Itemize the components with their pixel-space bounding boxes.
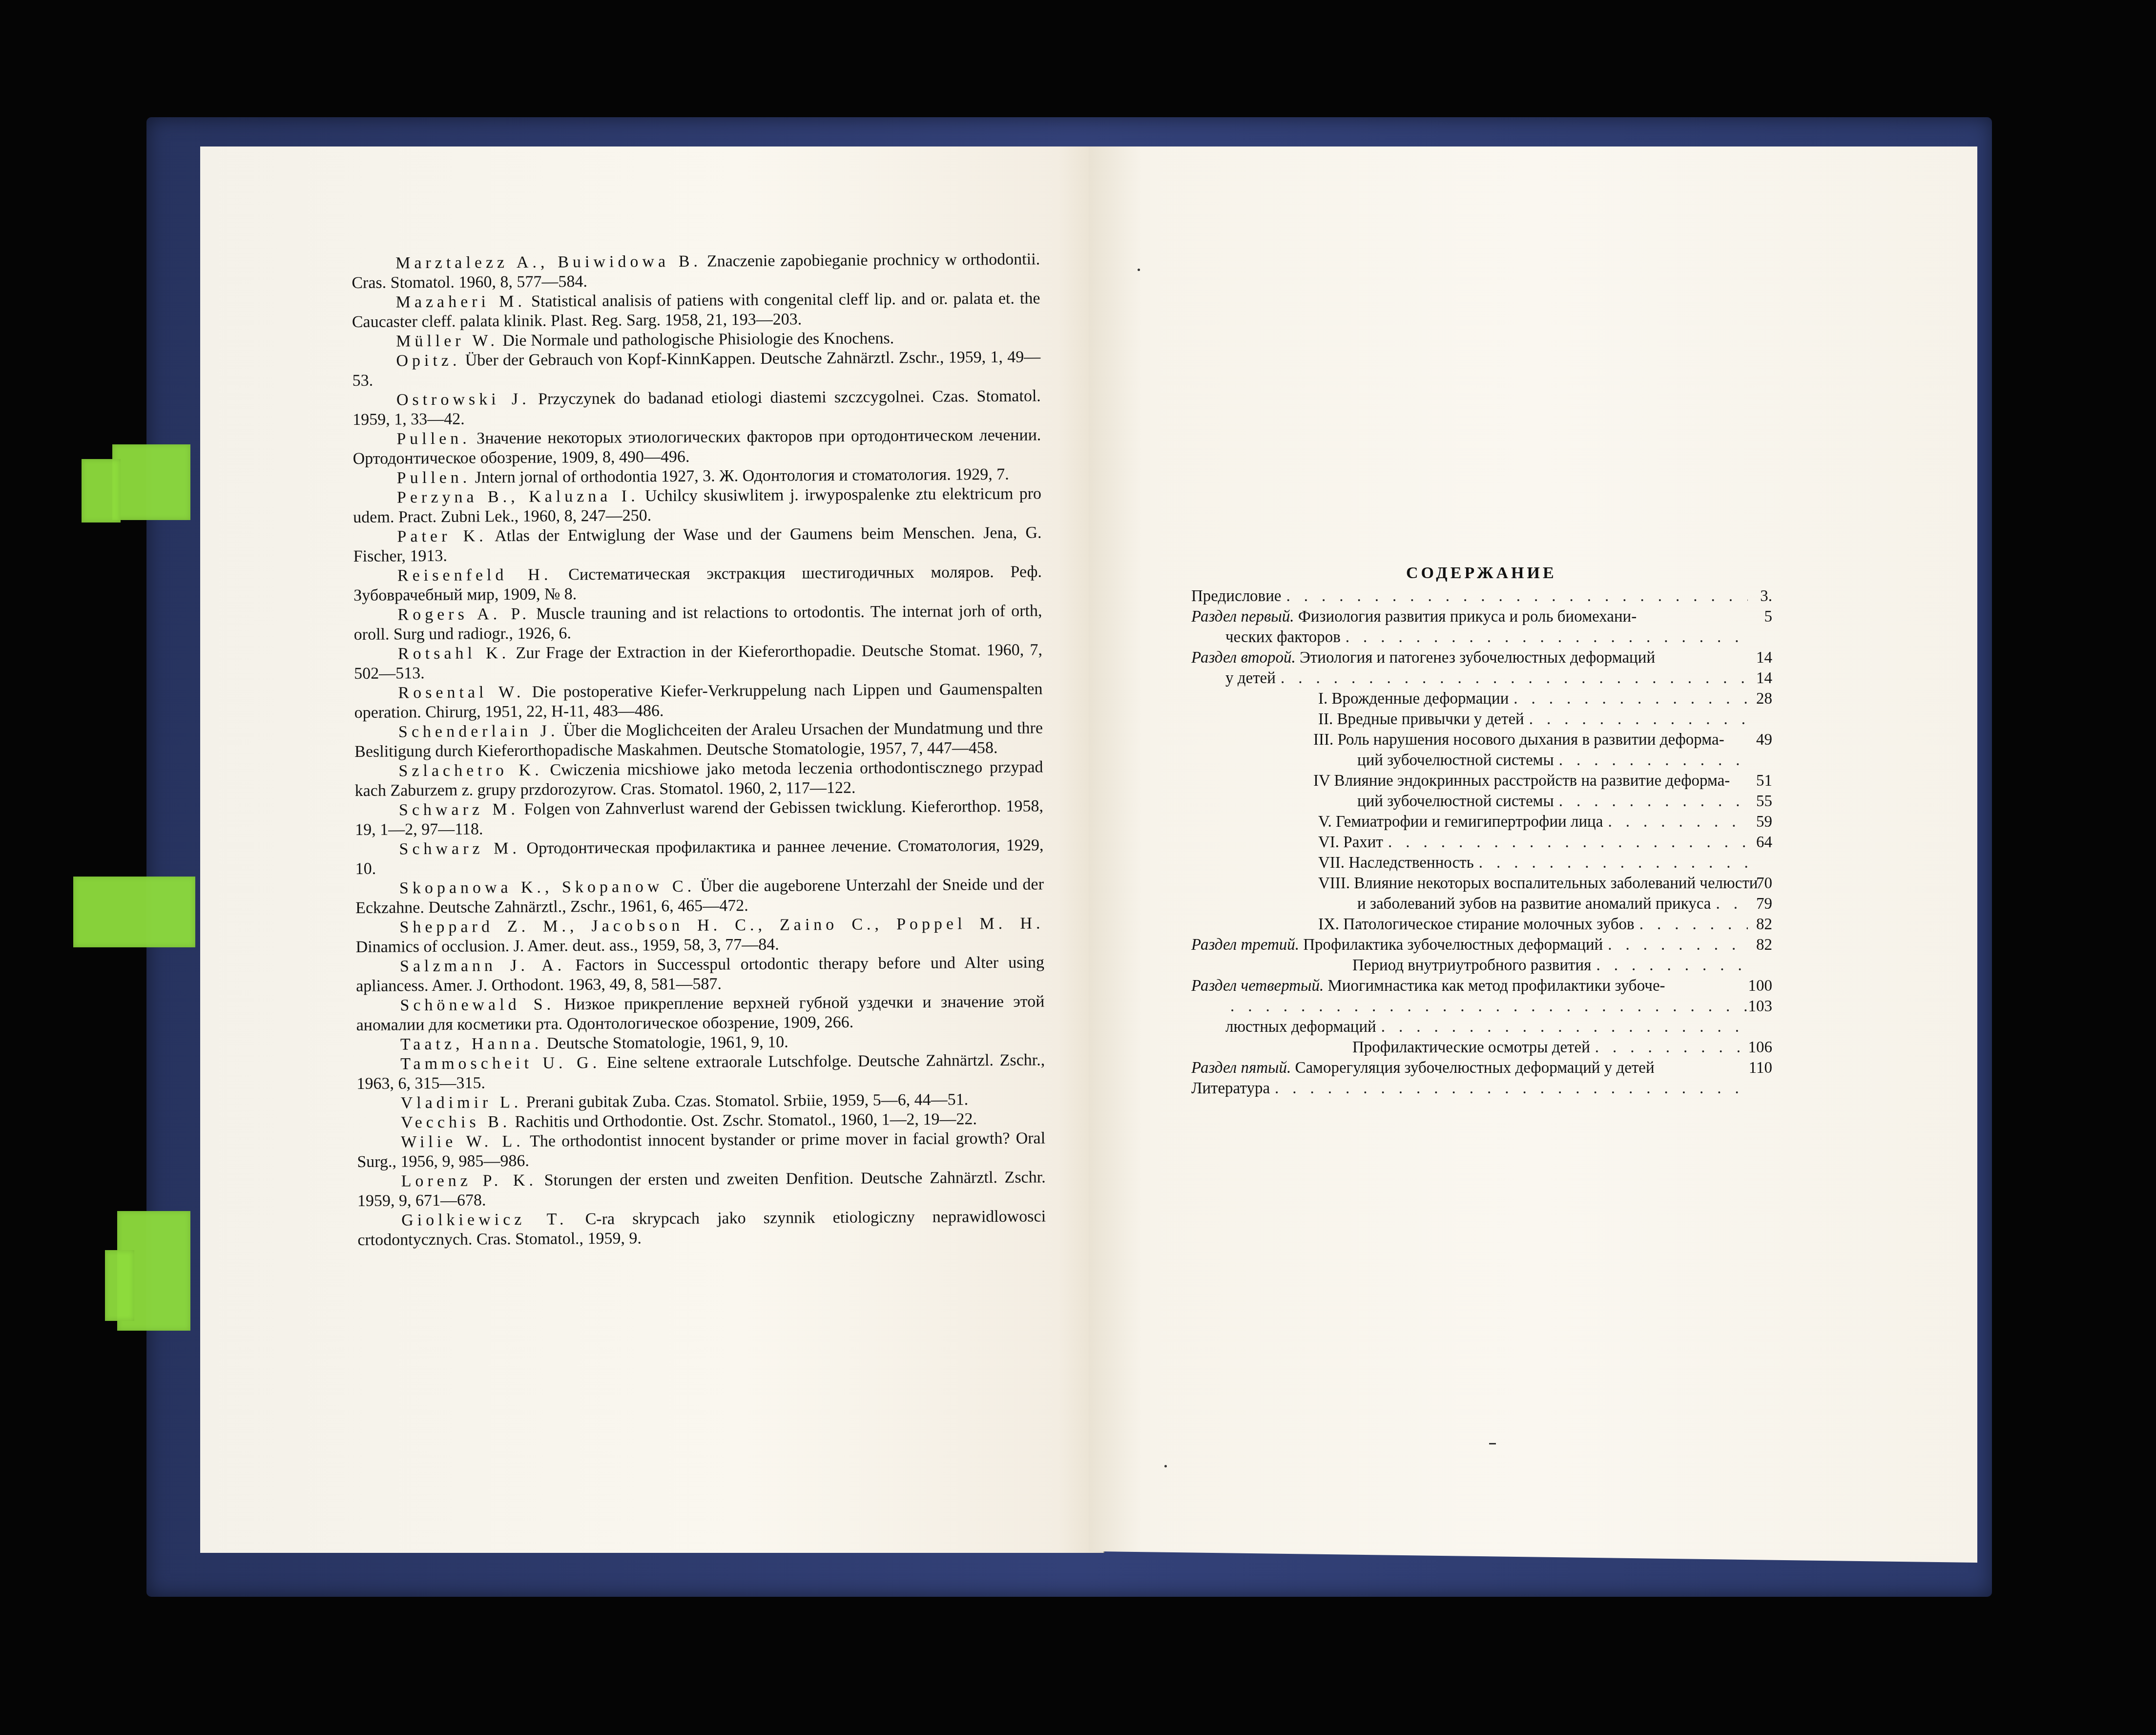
toc-leader-dots: .................................. — [1608, 812, 1748, 832]
toc-entry-text: Раздел пятый. Саморегуляция зубочелюстны… — [1191, 1058, 1655, 1078]
toc-entry[interactable]: IX. Патологическое стирание молочных зуб… — [1191, 914, 1753, 935]
paper-speck — [1164, 1465, 1167, 1467]
reference-item: Skopanowa K., Skopanow C. Über die augeb… — [355, 875, 1044, 918]
toc-entry[interactable]: Профилактические осмотры детей..........… — [1191, 1037, 1753, 1058]
toc-entry-label: VIII. Влияние некоторых воспалительных з… — [1318, 875, 1758, 892]
toc-page-number: 14 — [1733, 648, 1772, 668]
toc-title: СОДЕРЖАНИЕ — [1406, 564, 1557, 583]
toc-entry-label: I. Врожденные деформации — [1318, 690, 1509, 708]
toc-entry-lead: Раздел четвертый. — [1191, 977, 1324, 995]
toc-entry-label: и заболеваний зубов на развитие аномалий… — [1357, 895, 1711, 913]
toc-entry[interactable]: ций зубочелюстной системы...............… — [1191, 750, 1753, 771]
toc-leader-dots: .................................. — [1479, 853, 1748, 873]
toc-entry[interactable]: Литература..............................… — [1191, 1078, 1753, 1099]
toc-page-number: 51 — [1733, 771, 1772, 791]
reference-item: Opitz. Über der Gebrauch von Kopf-KinnKa… — [352, 347, 1040, 391]
toc-entry[interactable]: I. Врожденные деформации................… — [1191, 689, 1753, 709]
reference-item: Pater K. Atlas der Entwiglung der Wase u… — [353, 523, 1041, 566]
reference-item: Giolkiewicz T. C-ra skrypcach jako szynn… — [357, 1207, 1046, 1250]
toc-entry-label: IV Влияние эндокринных расстройств на ра… — [1313, 772, 1730, 790]
bookmark-tab-upper[interactable] — [112, 444, 190, 520]
toc-entry-lead: Раздел третий. — [1191, 936, 1299, 954]
toc-entry-label: Профилактические осмотры детей — [1352, 1039, 1590, 1056]
toc-entry-label: III. Роль нарушения носового дыхания в р… — [1313, 731, 1724, 749]
reference-item: Reisenfeld H. Систематическая экстракция… — [353, 562, 1042, 606]
toc-entry[interactable]: IV Влияние эндокринных расстройств на ра… — [1191, 771, 1753, 791]
toc-entry-label: Литература — [1191, 1080, 1270, 1097]
toc-entry-text: IX. Патологическое стирание молочных зуб… — [1318, 914, 1635, 935]
toc-entry-label: ций зубочелюстной системы — [1357, 793, 1554, 810]
reference-item: Salzmann J. A. Factors in Successpul ort… — [356, 953, 1044, 996]
toc-entry-text: ций зубочелюстной системы — [1357, 791, 1554, 812]
toc-leader-dots: .................................. — [1381, 1017, 1748, 1037]
toc-entry-label: Физиология развития прикуса и роль биоме… — [1294, 608, 1637, 626]
toc-leader-dots: .................................. — [1388, 832, 1748, 853]
toc-entry-text: VII. Наследственность — [1318, 853, 1474, 873]
reference-item: Sheppard Z. M., Jacobson H. C., Zaino C.… — [355, 914, 1044, 957]
toc-page-number: 55 — [1733, 791, 1772, 812]
toc-entry-text: Раздел четвертый. Миогимнастика как мето… — [1191, 976, 1665, 996]
reference-item: Rosental W. Die postoperative Kiefer-Ver… — [354, 679, 1042, 723]
toc-entry[interactable]: Раздел второй. Этиология и патогенез зуб… — [1191, 648, 1753, 668]
toc-page-number: 103 — [1733, 996, 1772, 1017]
toc-leader-dots: .................................. — [1559, 791, 1748, 812]
toc-entry-text: Период внутриутробного развития — [1352, 955, 1591, 976]
toc-entry-label: Саморегуляция зубочелюстных деформаций у… — [1291, 1059, 1654, 1077]
toc-leader-dots: .................................. — [1230, 996, 1748, 1017]
reference-item: Rogers A. P. Muscle trauning and ist rel… — [353, 601, 1042, 645]
reference-item: Schenderlain J. Über die Moglichceiten d… — [354, 718, 1043, 762]
toc-entry[interactable]: и заболеваний зубов на развитие аномалий… — [1191, 894, 1753, 914]
toc-entry-label: VI. Рахит — [1318, 834, 1383, 851]
toc-entry-text: люстных деформаций — [1225, 1017, 1376, 1037]
toc-entry[interactable]: ческих факторов.........................… — [1191, 627, 1753, 648]
toc-entry-text: II. Вредные привычки у детей — [1318, 709, 1524, 730]
reference-item: Perzyna B., Kaluzna I. Uchilcy skusiwlit… — [353, 484, 1041, 527]
toc-page-number: 59 — [1733, 812, 1772, 832]
toc-entry[interactable]: Период внутриутробного развития.........… — [1191, 955, 1753, 976]
reference-author: Mazaheri M. — [395, 293, 525, 312]
reference-author: Opitz. — [396, 352, 460, 370]
toc-leader-dots: .................................. — [1595, 1037, 1748, 1058]
toc-page-number: 28 — [1733, 689, 1772, 709]
toc-leader-dots: .................................. — [1346, 627, 1748, 648]
reference-item: Ostrowski J. Przyczynek do badanad etiol… — [352, 386, 1041, 430]
toc-entry[interactable]: VII. Наследственность...................… — [1191, 853, 1753, 873]
toc-entry-text: III. Роль нарушения носового дыхания в р… — [1313, 730, 1724, 750]
toc-entry-label: V. Гемиатрофии и гемигипертрофии лица — [1318, 813, 1603, 831]
reference-author: Pater K. — [397, 527, 487, 545]
paper-speck — [1138, 269, 1140, 271]
toc-entry-text: IV Влияние эндокринных расстройств на ра… — [1313, 771, 1730, 791]
reference-author: Skopanowa K., Skopanow C. — [399, 878, 695, 898]
toc-entry-text: I. Врожденные деформации — [1318, 689, 1509, 709]
toc-entry-text: Раздел второй. Этиология и патогенез зуб… — [1191, 648, 1655, 668]
toc-entry[interactable]: Раздел пятый. Саморегуляция зубочелюстны… — [1191, 1058, 1753, 1078]
toc-entry-label: Профилактика зубочелюстных деформаций — [1299, 936, 1603, 954]
toc-entry-text: ческих факторов — [1225, 627, 1341, 648]
toc-page-number: 79 — [1733, 894, 1772, 914]
toc-entry-lead: Раздел пятый. — [1191, 1059, 1291, 1077]
toc-leader-dots: .................................. — [1608, 935, 1748, 955]
toc-leader-dots: .................................. — [1275, 1078, 1748, 1099]
reference-author: Perzyna B., Kaluzna I. — [397, 487, 639, 506]
toc-entry[interactable]: Предисловие.............................… — [1191, 586, 1753, 606]
paper-speck — [1489, 1443, 1496, 1444]
reference-text: Die Normale und pathologische Phisiologi… — [498, 329, 894, 350]
toc-entry[interactable]: Раздел третий. Профилактика зубочелюстны… — [1191, 935, 1753, 955]
reference-author: Vecchis B. — [401, 1113, 511, 1131]
toc-entry-text: Раздел третий. Профилактика зубочелюстны… — [1191, 935, 1603, 955]
toc-page-number: 5 — [1733, 606, 1772, 627]
reference-author: Pullen. — [396, 430, 471, 448]
reference-author: Salzmann J. A. — [400, 956, 566, 975]
toc-leader-dots: .................................. — [1596, 955, 1748, 976]
toc-page-number: 14 — [1733, 668, 1772, 689]
table-of-contents: 3. Предисловие..........................… — [1191, 586, 1753, 1099]
toc-entry-text: VIII. Влияние некоторых воспалительных з… — [1318, 873, 1758, 894]
reference-text: Prerani gubitak Zuba. Czas. Stomatol. Sr… — [522, 1090, 968, 1111]
reference-item: Lorenz P. K. Storungen der ersten und zw… — [357, 1168, 1045, 1211]
reference-text: Dinamics of occlusion. J. Amer. deut. as… — [356, 936, 779, 956]
bibliography: Marztalezz A., Buiwidowa B. Znaczenie za… — [352, 250, 1046, 1250]
toc-entry-lead: Раздел второй. — [1191, 649, 1296, 667]
reference-item: Schwarz M. Folgen von Zahnverlust warend… — [355, 796, 1043, 840]
toc-entry[interactable]: VI. Рахит...............................… — [1191, 832, 1753, 853]
reference-text: Rachitis und Orthodontie. Ost. Zschr. St… — [511, 1110, 977, 1131]
reference-item: Wilie W. L. The orthodontist innocent by… — [357, 1129, 1045, 1172]
toc-entry[interactable]: у детей.................................… — [1191, 668, 1753, 689]
toc-entry-text: у детей — [1225, 668, 1276, 689]
toc-leader-dots: .................................. — [1286, 586, 1748, 606]
toc-entry-text: Литература — [1191, 1078, 1270, 1099]
reference-item: Szlachetro K. Cwiczenia micshiowe jako m… — [354, 757, 1043, 801]
toc-entry-text: V. Гемиатрофии и гемигипертрофии лица — [1318, 812, 1603, 832]
toc-entry-label: VII. Наследственность — [1318, 854, 1474, 872]
toc-leader-dots: .................................. — [1513, 689, 1748, 709]
reference-author: Marztalezz A., Buiwidowa B. — [395, 252, 702, 272]
toc-entry[interactable]: люстных деформаций......................… — [1191, 1017, 1753, 1037]
toc-entry-label: Предисловие — [1191, 587, 1282, 605]
reference-author: Sheppard Z. M., Jacobson H. C., Zaino C.… — [399, 914, 1044, 936]
toc-entry-text: VI. Рахит — [1318, 832, 1383, 853]
reference-author: Rotsahl K. — [398, 644, 510, 663]
toc-entry-label: Этиология и патогенез зубочелюстных дефо… — [1296, 649, 1655, 667]
reference-author: Rosental W. — [398, 683, 524, 702]
toc-entry-text: Раздел первый. Физиология развития прику… — [1191, 606, 1637, 627]
reference-author: Szlachetro K. — [398, 761, 543, 780]
reference-item: Tammoscheit U. G. Eine seltene extraoral… — [356, 1050, 1045, 1094]
reference-item: Marztalezz A., Buiwidowa B. Znaczenie za… — [352, 250, 1040, 293]
toc-entry[interactable]: ..................................103 — [1191, 996, 1753, 1017]
toc-entry-label: Период внутриутробного развития — [1352, 957, 1591, 974]
reference-author: Schwarz M. — [399, 839, 520, 858]
toc-leader-dots: .................................. — [1639, 914, 1748, 935]
reference-author: Schenderlain J. — [398, 722, 559, 741]
bookmark-tab-upper-fold — [82, 459, 121, 523]
reference-text: Deutsche Stomatologie, 1961, 9, 10. — [542, 1033, 788, 1053]
reference-author: Wilie W. L. — [401, 1132, 524, 1151]
toc-entry-label: Миогимнастика как метод профилактики зуб… — [1324, 977, 1665, 995]
toc-entry[interactable]: III. Роль нарушения носового дыхания в р… — [1191, 730, 1753, 750]
reference-item: Schönewald S. Низкое прикрепление верхне… — [356, 992, 1044, 1035]
toc-page-number: 49 — [1733, 730, 1772, 750]
toc-entry-text: Предисловие — [1191, 586, 1282, 606]
toc-entry[interactable]: VIII. Влияние некоторых воспалительных з… — [1191, 873, 1753, 894]
toc-entry[interactable]: ций зубочелюстной системы...............… — [1191, 791, 1753, 812]
toc-page-number: 82 — [1733, 914, 1772, 935]
toc-leader-dots: .................................. — [1529, 709, 1748, 730]
toc-entry-label: ческих факторов — [1225, 628, 1341, 646]
reference-item: Pullen. Значение некоторых этиологически… — [352, 425, 1041, 469]
toc-entry[interactable]: V. Гемиатрофии и гемигипертрофии лица...… — [1191, 812, 1753, 832]
toc-page-number: 64 — [1733, 832, 1772, 853]
toc-entry-text: и заболеваний зубов на развитие аномалий… — [1357, 894, 1711, 914]
reference-author: Rogers A. P. — [397, 605, 530, 624]
reference-author: Vladimir L. — [401, 1093, 522, 1112]
reference-item: Mazaheri M. Statistical analisis of pati… — [352, 289, 1040, 332]
reference-author: Tammoscheit U. G. — [400, 1054, 601, 1073]
toc-page-number: 100 — [1733, 976, 1772, 996]
reference-item: Schwarz M. Ортодонтическая профилактика … — [355, 836, 1043, 879]
toc-page-number: 106 — [1733, 1037, 1772, 1058]
toc-entry-label: II. Вредные привычки у детей — [1318, 711, 1524, 728]
reference-item: Rotsahl K. Zur Frage der Extraction in d… — [354, 640, 1042, 684]
toc-entry-label: люстных деформаций — [1225, 1018, 1376, 1036]
toc-leader-dots: .................................. — [1281, 668, 1748, 689]
toc-page-number: 82 — [1733, 935, 1772, 955]
reference-author: Schwarz M. — [399, 800, 519, 819]
toc-entry[interactable]: Раздел первый. Физиология развития прику… — [1191, 606, 1753, 627]
toc-entry-text: Профилактические осмотры детей — [1352, 1037, 1590, 1058]
reference-author: Müller W. — [396, 332, 498, 350]
reference-author: Pullen. — [397, 469, 471, 487]
reference-author: Schönewald S. — [400, 995, 555, 1014]
toc-page-number: 110 — [1733, 1058, 1772, 1078]
toc-leader-dots: .................................. — [1559, 750, 1748, 771]
toc-entry-text: ций зубочелюстной системы — [1357, 750, 1554, 771]
reference-author: Reisenfeld H. — [397, 566, 552, 585]
toc-entry[interactable]: Раздел четвертый. Миогимнастика как мето… — [1191, 976, 1753, 996]
bookmark-tab-lower-fold — [105, 1250, 134, 1321]
toc-entry-lead: Раздел первый. — [1191, 608, 1294, 626]
toc-entry[interactable]: II. Вредные привычки у детей............… — [1191, 709, 1753, 730]
reference-author: Lorenz P. K. — [401, 1171, 537, 1191]
reference-author: Giolkiewicz T. — [401, 1210, 568, 1229]
toc-entry-label: IX. Патологическое стирание молочных зуб… — [1318, 916, 1635, 933]
toc-page-number: 70 — [1733, 873, 1772, 894]
reference-author: Ostrowski J. — [396, 390, 530, 409]
reference-text: Jntern jornal of orthodontia 1927, 3. Ж.… — [471, 465, 1009, 487]
toc-entry-label: у детей — [1225, 669, 1276, 687]
toc-entry-label: ций зубочелюстной системы — [1357, 752, 1554, 769]
bookmark-tab-middle[interactable] — [73, 877, 195, 947]
reference-author: Taatz, Hanna. — [400, 1035, 543, 1054]
